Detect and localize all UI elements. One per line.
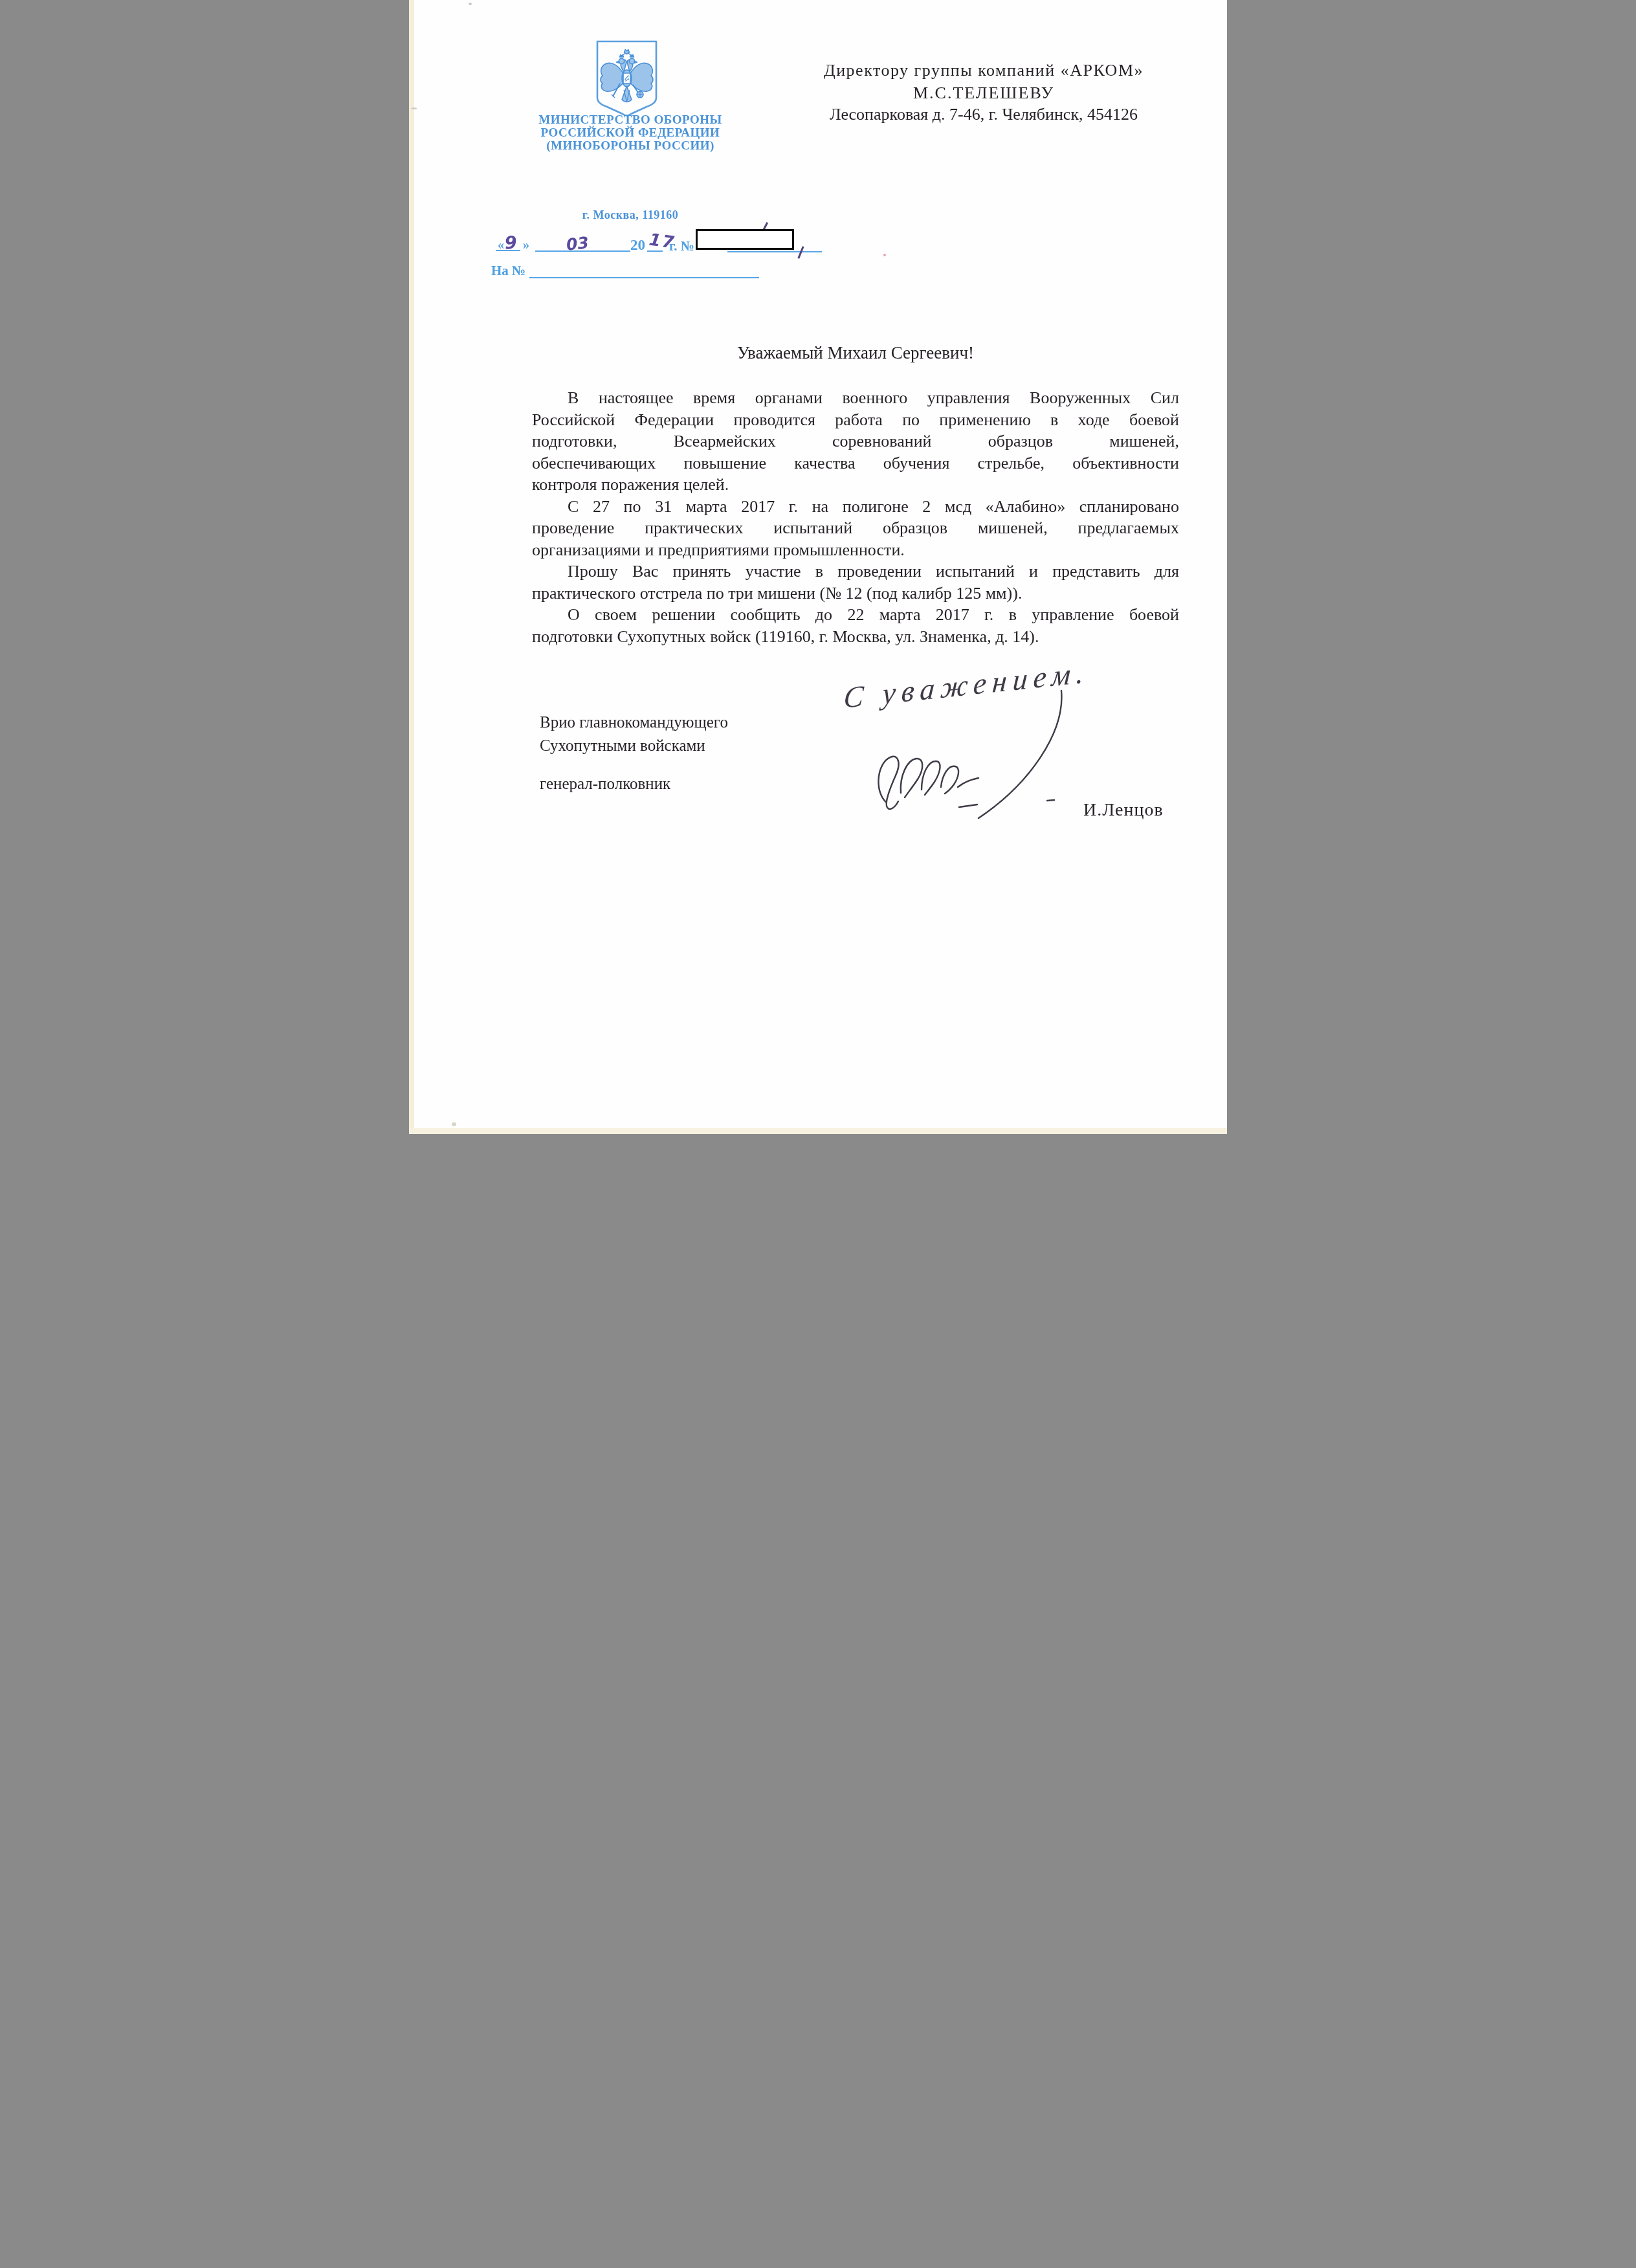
russia-coat-of-arms-emblem [594, 39, 659, 118]
scanned-letter-page: МИНИСТЕРСТВО ОБОРОНЫ РОССИЙСКОЙ ФЕДЕРАЦИ… [409, 0, 1227, 1134]
body-line: контроля поражения целей. [532, 474, 1179, 496]
signer-rank: генерал-полковник [540, 775, 670, 794]
salutation: Уважаемый Михаил Сергеевич! [532, 343, 1179, 363]
recipient-title: Директору группы компаний «АРКОМ» [805, 58, 1162, 83]
recipient-block: Директору группы компаний «АРКОМ» М.С.ТЕ… [805, 58, 1162, 126]
day-underline [496, 250, 520, 251]
signer-position-line2: Сухопутными войсками [540, 737, 705, 755]
ministry-line-3: (МИНОБОРОНЫ РОССИИ) [533, 140, 727, 153]
number-underline [727, 251, 822, 252]
ink-stroke-below-redaction [797, 246, 804, 259]
handwritten-signature [862, 673, 1076, 828]
body-line: подготовки, Всеармейских соревнований об… [532, 430, 1179, 452]
body-line: Прошу Вас принять участие в проведении и… [532, 561, 1179, 583]
letter-body: В настоящее время органами военного упра… [532, 387, 1179, 647]
year-printed-prefix: 20 [630, 237, 645, 254]
ministry-line-1: МИНИСТЕРСТВО ОБОРОНЫ [533, 114, 727, 127]
body-line: О своем решении сообщить до 22 марта 201… [532, 604, 1179, 626]
body-line: обеспечивающих повышение качества обучен… [532, 452, 1179, 474]
body-line: С 27 по 31 марта 2017 г. на полигоне 2 м… [532, 496, 1179, 518]
scan-speck-pink [883, 254, 886, 256]
reference-underline [529, 277, 759, 278]
ministry-line-2: РОССИЙСКОЙ ФЕДЕРАЦИИ [533, 127, 727, 140]
body-line: В настоящее время органами военного упра… [532, 387, 1179, 409]
scan-edge-strip-bottom [409, 1128, 1227, 1134]
signer-name: И.Ленцов [1083, 800, 1164, 821]
year-underline [647, 250, 663, 252]
reference-label: На № [491, 263, 525, 279]
scan-speck [452, 1122, 456, 1126]
body-line: Российской Федерации проводится работа п… [532, 409, 1179, 431]
handwritten-month: 03 [566, 233, 590, 254]
recipient-name: М.С.ТЕЛЕШЕВУ [805, 83, 1162, 104]
redaction-box [696, 229, 794, 250]
letterhead-city-line: г. Москва, 119160 [533, 208, 727, 222]
date-close-quote: » [523, 238, 529, 253]
recipient-address: Лесопарковая д. 7-46, г. Челябинск, 4541… [805, 104, 1162, 126]
scan-edge-strip-left [409, 0, 414, 1134]
body-line: проведение практических испытаний образц… [532, 517, 1179, 539]
scan-speck [469, 3, 472, 5]
body-line: организациями и предприятиями промышленн… [532, 539, 1179, 561]
signer-position-line1: Врио главнокомандующего [540, 714, 728, 732]
number-label: г. № [669, 238, 694, 254]
scan-speck [411, 107, 417, 109]
body-line: подготовки Сухопутных войск (119160, г. … [532, 626, 1179, 648]
ministry-name: МИНИСТЕРСТВО ОБОРОНЫ РОССИЙСКОЙ ФЕДЕРАЦИ… [533, 114, 727, 153]
body-line: практического отстрела по три мишени (№ … [532, 583, 1179, 605]
